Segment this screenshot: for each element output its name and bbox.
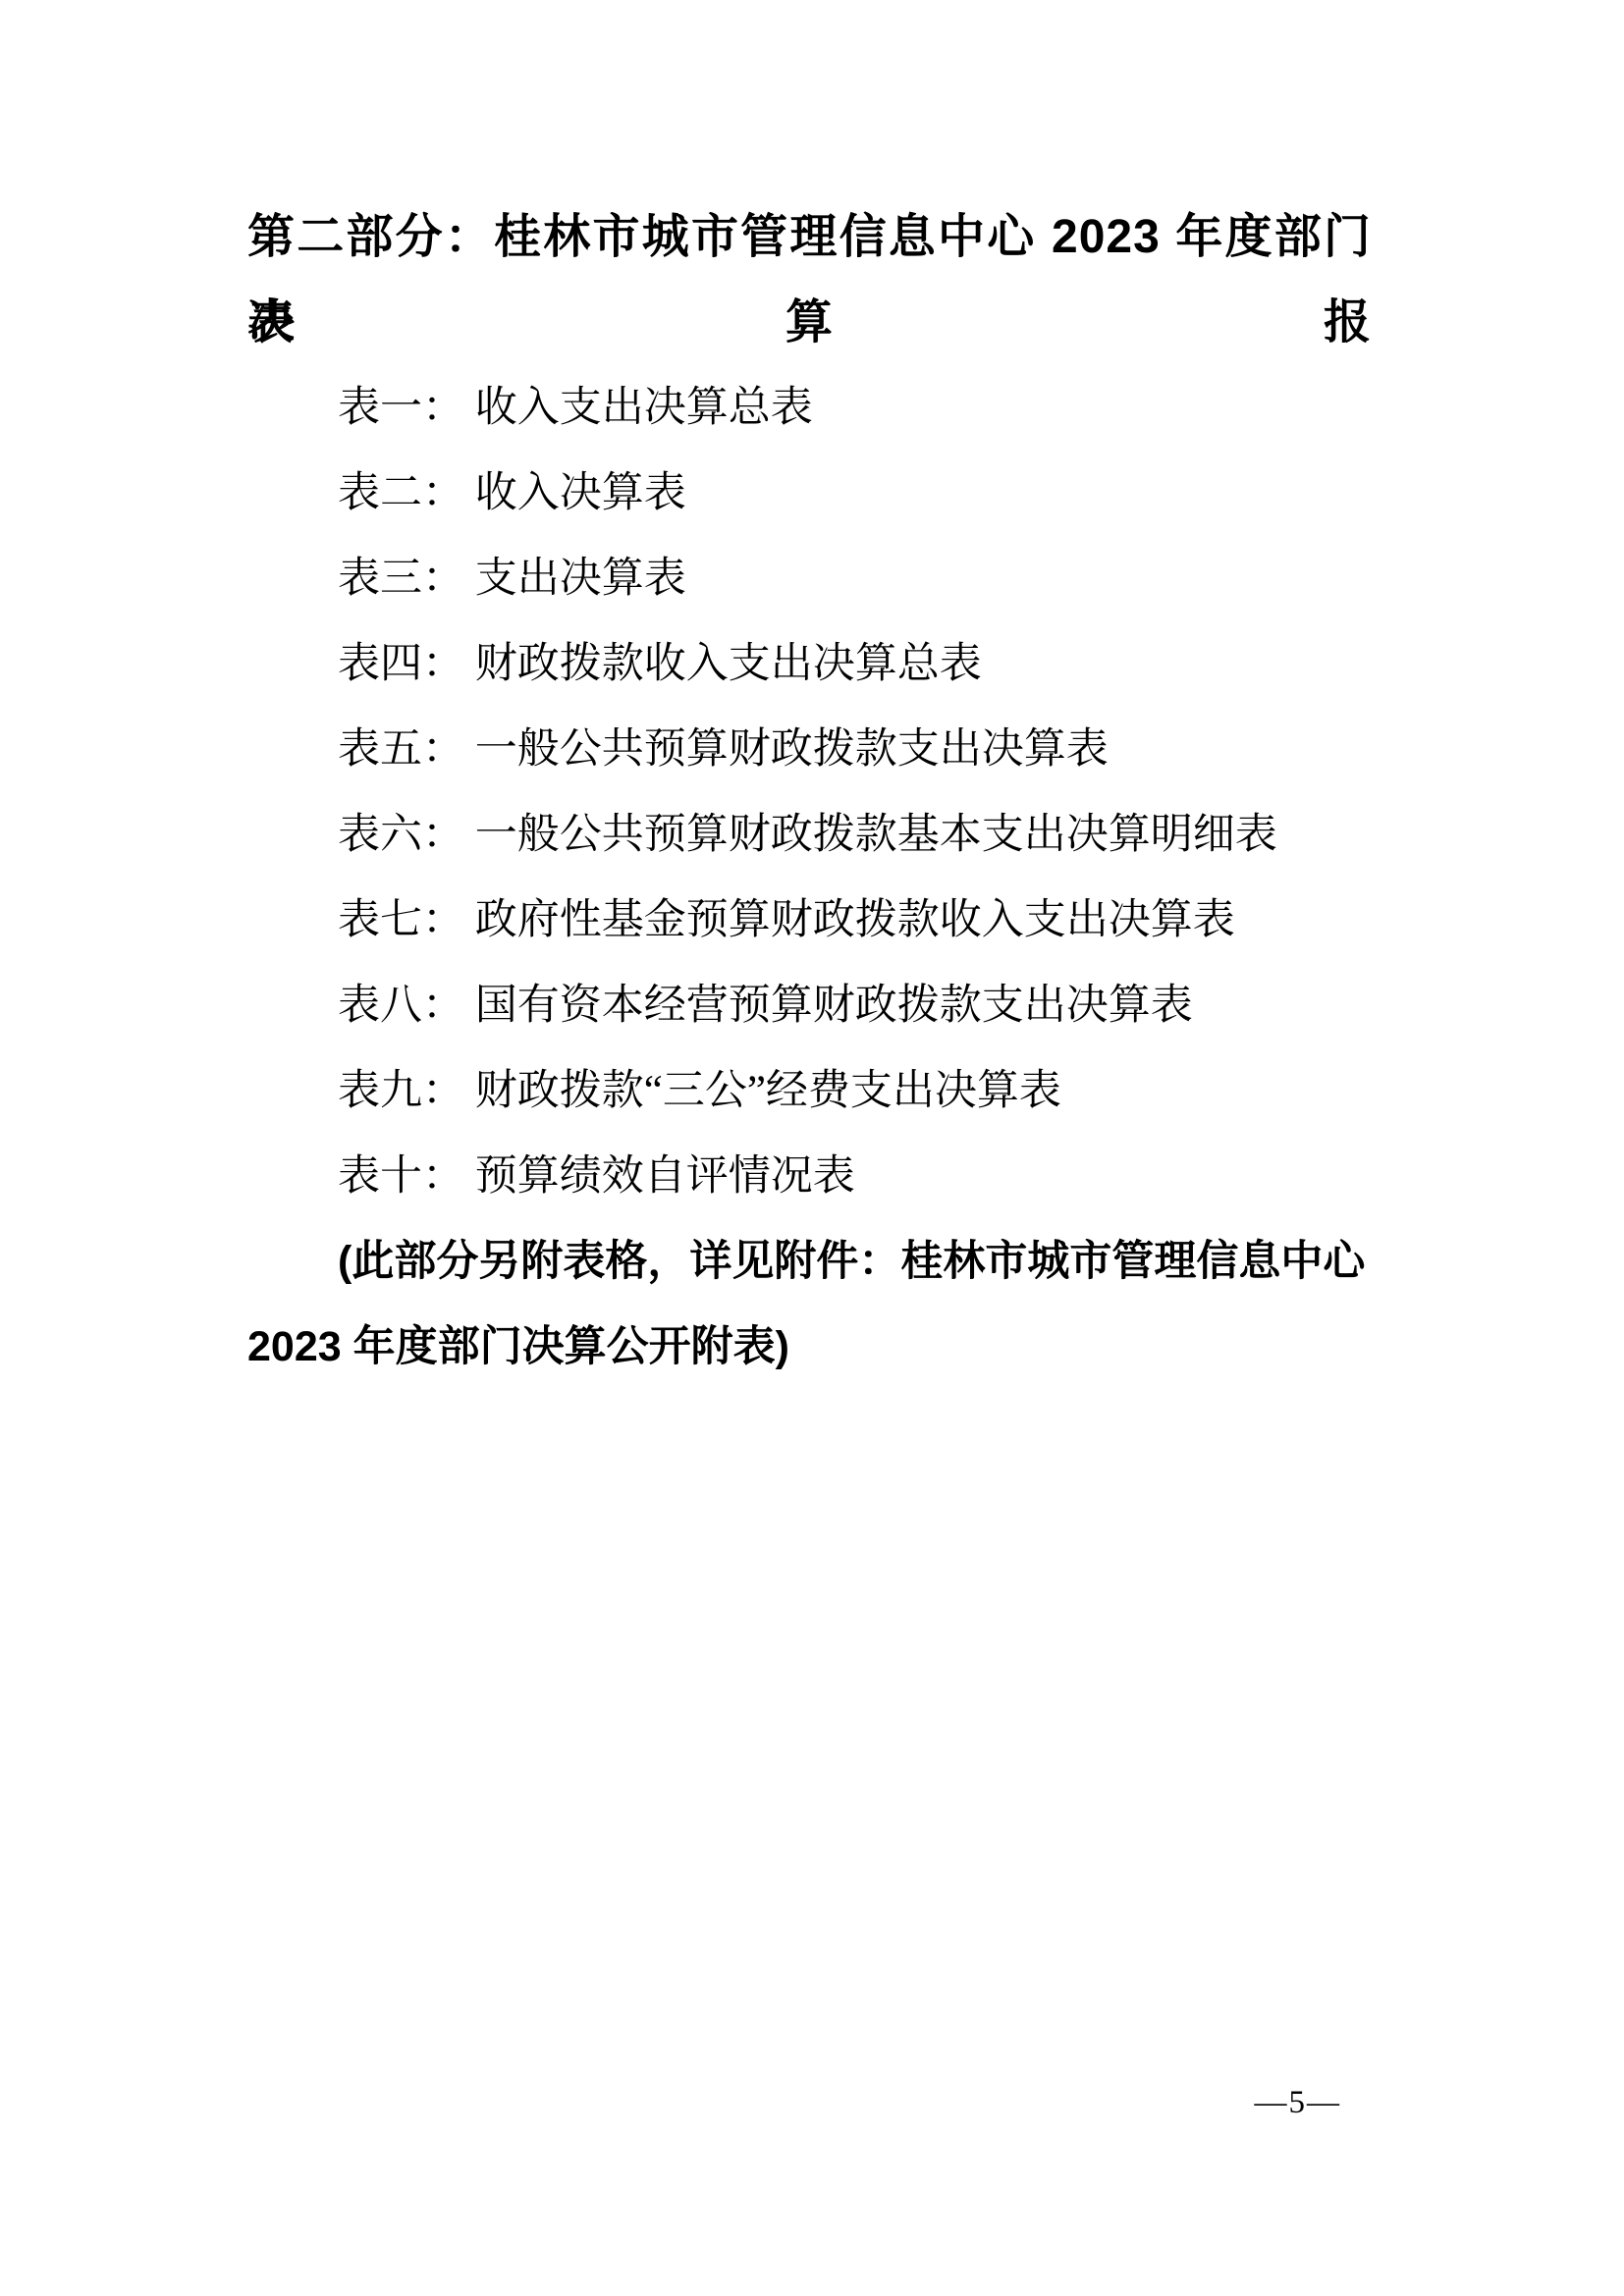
table-list-item-10: 表十： 预算绩效自评情况表 bbox=[247, 1134, 1372, 1219]
table-list-item-8: 表八： 国有资本经营预算财政拨款支出决算表 bbox=[247, 963, 1372, 1048]
table-list-item-7: 表七： 政府性基金预算财政拨款收入支出决算表 bbox=[247, 878, 1372, 963]
section-title-line1: 第二部分：桂林市城市管理信息中心 2023 年度部门决算报 bbox=[247, 194, 1372, 280]
table-list-item-6: 表六： 一般公共预算财政拨款基本支出决算明细表 bbox=[247, 792, 1372, 878]
table-list-item-9: 表九： 财政拨款“三公”经费支出决算表 bbox=[247, 1048, 1372, 1134]
table-list-item-2: 表二： 收入决算表 bbox=[247, 451, 1372, 536]
attachment-note-line2: 2023 年度部门决算公开附表) bbox=[247, 1305, 1372, 1390]
page-number: —5— bbox=[1255, 2083, 1342, 2122]
table-list-item-4: 表四： 财政拨款收入支出决算总表 bbox=[247, 621, 1372, 707]
document-page: 第二部分：桂林市城市管理信息中心 2023 年度部门决算报 表 表一： 收入支出… bbox=[0, 0, 1624, 2296]
attachment-note-line1: (此部分另附表格，详见附件：桂林市城市管理信息中心 bbox=[247, 1219, 1372, 1305]
document-body: 第二部分：桂林市城市管理信息中心 2023 年度部门决算报 表 表一： 收入支出… bbox=[247, 194, 1372, 1390]
table-list-item-3: 表三： 支出决算表 bbox=[247, 536, 1372, 621]
table-list-item-1: 表一： 收入支出决算总表 bbox=[247, 365, 1372, 451]
table-list-item-5: 表五： 一般公共预算财政拨款支出决算表 bbox=[247, 707, 1372, 792]
